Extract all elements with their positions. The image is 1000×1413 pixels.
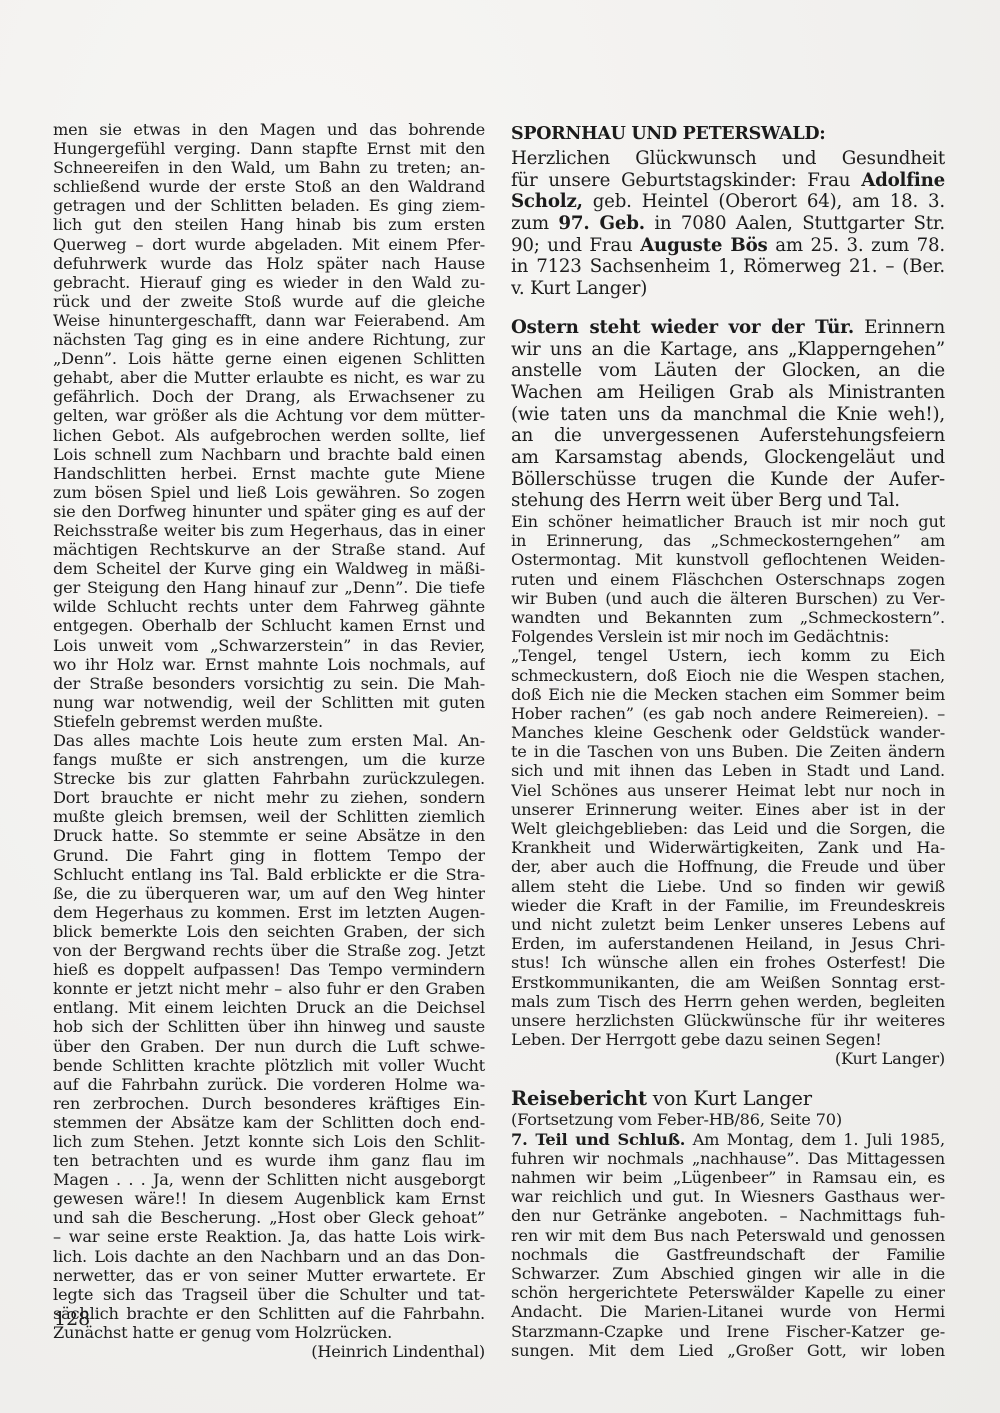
- story-line: Handschlitten herbei. Ernst machte gute …: [53, 464, 485, 483]
- easter-line: te in die Taschen von uns Buben. Die Zei…: [511, 742, 945, 761]
- easter-line: sich und mit ihnen das Leben in Stadt un…: [511, 761, 945, 780]
- travel-line: Schwarzer. Zum Abschied gingen wir alle …: [511, 1264, 945, 1283]
- story-line: men sie etwas in den Magen und das bohre…: [53, 120, 485, 139]
- right-column: SPORNHAU UND PETERSWALD: Herzlichen Glüc…: [511, 120, 945, 1360]
- easter-line: „Tengel, tengel Ustern, iech komm zu Eic…: [511, 646, 945, 665]
- story-line: entlang. Mit einem leichten Druck an die…: [53, 998, 485, 1017]
- story-line: Magen . . . Ja, wenn der Schlitten nicht…: [53, 1170, 485, 1189]
- story-line: Lois schnell zum Nachbarn und brachte ba…: [53, 445, 485, 464]
- story-line: blick bemerkte Lois den seichten Graben,…: [53, 922, 485, 941]
- story-line: – war seine erste Reaktion. Ja, das hatt…: [53, 1227, 485, 1246]
- story-line: Druck hatte. So stemmte er seine Absätze…: [53, 826, 485, 845]
- easter-line: am Karsamstag abends, Glockengeläut und: [511, 447, 945, 469]
- easter-line: Manches kleine Geschenk oder Geldstück w…: [511, 723, 945, 742]
- story-line: sächlich brachte er den Schlitten auf di…: [53, 1304, 485, 1323]
- easter-line: ruten und einem Fläschchen Osterschnaps …: [511, 570, 945, 589]
- story-line: hob sich der Schlitten über ihn hinweg u…: [53, 1017, 485, 1036]
- travel-report: Reisebericht von Kurt Langer (Fortsetzun…: [511, 1088, 945, 1359]
- easter-line: doß Eich nie die Mecken stachen eim Somm…: [511, 685, 945, 704]
- birthday-notice: Herzlichen Glückwunsch und Gesundheitfür…: [511, 148, 945, 300]
- easter-line: unsere herzlichsten Glückwünsche für ihr…: [511, 1011, 945, 1030]
- story-line: wilde Schlucht rechts unter dem Fahrweg …: [53, 597, 485, 616]
- birthday-line: für unsere Geburtstagskinder: Frau Adolf…: [511, 170, 945, 192]
- story-line: fangs mußte er sich anstrengen, um die k…: [53, 750, 485, 769]
- story-line: legte sich das Tragseil über die Schulte…: [53, 1285, 485, 1304]
- easter-line: an die unvergessenen Auferstehungsfeiern: [511, 425, 945, 447]
- easter-line: (wie taten uns da manchmal die Knie weh!…: [511, 404, 945, 426]
- birthday-line: in 7123 Sachsenheim 1, Römerweg 21. – (B…: [511, 256, 945, 278]
- story-line: nerwetter, das er von seiner Mutter erwa…: [53, 1266, 485, 1285]
- story-line: stemmen der Absätze kam der Schlitten do…: [53, 1113, 485, 1132]
- left-column-story: men sie etwas in den Magen und das bohre…: [53, 120, 485, 1361]
- story-line: rück und der zweite Stoß wurde auf die g…: [53, 292, 485, 311]
- story-line: getragen und der Schlitten beladen. Es g…: [53, 196, 485, 215]
- story-line: ren zerbrochen. Durch besonderes kräftig…: [53, 1094, 485, 1113]
- story-line: gelten, war größer als die Achtung vor d…: [53, 406, 485, 425]
- travel-line: war reichlich und gut. In Wiesners Gasth…: [511, 1187, 945, 1206]
- story-line: Querweg – dort wurde abgeladen. Mit eine…: [53, 235, 485, 254]
- section-heading-spornhau: SPORNHAU UND PETERSWALD:: [511, 120, 945, 148]
- travel-line: den nur Getränke angeboten. – Nachmittag…: [511, 1206, 945, 1225]
- story-line: Weise hinuntergeschafft, dann war Feiera…: [53, 311, 485, 330]
- story-line: wo ihr Holz war. Ernst mahnte Lois nochm…: [53, 655, 485, 674]
- story-line: hieß es doppelt aufpassen! Das Tempo ver…: [53, 960, 485, 979]
- easter-line: Erden, im auferstandenen Heiland, in Jes…: [511, 934, 945, 953]
- story-line: nächsten Tag ging es in eine andere Rich…: [53, 330, 485, 349]
- easter-line: Krankheit und Widerwärtigkeiten, Zank un…: [511, 838, 945, 857]
- story-line: zum bösen Spiel und ließ Lois gewähren. …: [53, 483, 485, 502]
- story-line: schließend wurde der erste Stoß an den W…: [53, 177, 485, 196]
- story-line: mächtigen Rechtskurve an der Straße stan…: [53, 540, 485, 559]
- easter-line: Ostermontag. Mit kunstvoll geflochtenen …: [511, 550, 945, 569]
- story-line: gehabt, aber die Mutter erlaubte es nich…: [53, 368, 485, 387]
- easter-line: Welt gleichgeblieben: das Leid und die S…: [511, 819, 945, 838]
- story-line: Stiefeln gebremst werden mußte.: [53, 712, 485, 731]
- story-line: Hungergefühl verging. Dann stapfte Ernst…: [53, 139, 485, 158]
- story-line: sie den Dorfweg hinunter und später ging…: [53, 502, 485, 521]
- story-line: Reichsstraße weiter bis zum Hegerhaus, d…: [53, 521, 485, 540]
- easter-line: Ein schöner heimatlicher Brauch ist mir …: [511, 512, 945, 531]
- story-line: gebracht. Hierauf ging es wieder in den …: [53, 273, 485, 292]
- easter-line: mals zum Tisch des Herrn gehen werden, b…: [511, 992, 945, 1011]
- easter-line: wir Buben (und auch die älteren Burschen…: [511, 589, 945, 608]
- story-line: lich gut den steilen Hang hinab bis zum …: [53, 215, 485, 234]
- travel-line: ren wir mit dem Bus nach Peterswald und …: [511, 1226, 945, 1245]
- story-line: Grund. Die Fahrt ging in flottem Tempo d…: [53, 846, 485, 865]
- easter-line: anstelle vom Läuten der Glocken, an die: [511, 360, 945, 382]
- story-line: Das alles machte Lois heute zum ersten M…: [53, 731, 485, 750]
- story-line: bende Schlitten krachte plötzlich mit vo…: [53, 1056, 485, 1075]
- easter-line: Erstkommunikanten, die am Weißen Sonntag…: [511, 973, 945, 992]
- story-line: entgegen. Oberhalb der Schlucht kamen Er…: [53, 616, 485, 635]
- easter-line: Böllerschüsse trugen die Kunde der Aufer…: [511, 469, 945, 491]
- story-line: defuhrwerk wurde das Holz später nach Ha…: [53, 254, 485, 273]
- easter-line: allem steht die Liebe. Und so finden wir…: [511, 877, 945, 896]
- easter-line: und nicht zuletzt beim Lenker unseres Le…: [511, 915, 945, 934]
- story-line: lich zum Stehen. Jetzt konnte sich Lois …: [53, 1132, 485, 1151]
- story-line: Schneereifen in den Wald, um Bahn zu tre…: [53, 158, 485, 177]
- easter-author: (Kurt Langer): [511, 1049, 945, 1068]
- story-line: Lois unweit vom „Schwarzerstein” in das …: [53, 636, 485, 655]
- easter-line: stus! Ich wünsche allen ein frohes Oster…: [511, 953, 945, 972]
- travel-report-subtitle: (Fortsetzung vom Feber-HB/86, Seite 70): [511, 1110, 945, 1129]
- easter-line: Folgendes Verslein ist mir noch im Gedäc…: [511, 627, 945, 646]
- easter-line: in Erinnerung, das „Schmeckosterngehen” …: [511, 531, 945, 550]
- birthday-line: 90; und Frau Auguste Bös am 25. 3. zum 7…: [511, 235, 945, 257]
- easter-line: Viel Schönes aus unserer Heimat lebt nur…: [511, 781, 945, 800]
- story-line: mußte gleich bremsen, weil der Schlitten…: [53, 807, 485, 826]
- easter-line: wieder die Kraft in der Familie, im Freu…: [511, 896, 945, 915]
- easter-line: Hober rachen” (es gab noch andere Reimer…: [511, 704, 945, 723]
- easter-lead: Ostern steht wieder vor der Tür.: [511, 317, 854, 338]
- easter-line: der, aber auch die Hoffnung, die Freude …: [511, 857, 945, 876]
- birthday-line: v. Kurt Langer): [511, 278, 945, 300]
- travel-line: nahmen wir beim „Lügenbeer” in Ramsau ei…: [511, 1168, 945, 1187]
- story-line: und sah die Bescherung. „Host ober Gleck…: [53, 1208, 485, 1227]
- easter-line: Wachen am Heiligen Grab als Ministranten: [511, 382, 945, 404]
- story-line: ße, die zu überqueren war, um auf den We…: [53, 884, 485, 903]
- travel-line: schön hergerichtete Peterswälder Kapelle…: [511, 1283, 945, 1302]
- birthday-line: zum 97. Geb. in 7080 Aalen, Stuttgarter …: [511, 213, 945, 235]
- story-line: ten betrachten und es wurde ihm ganz fla…: [53, 1151, 485, 1170]
- easter-line: wandten und Bekannten zum „Schmeckostern…: [511, 608, 945, 627]
- easter-line: wir uns an die Kartage, ans „Klapperngeh…: [511, 339, 945, 361]
- story-line: „Denn”. Lois hätte gerne einen eigenen S…: [53, 349, 485, 368]
- birthday-line: Herzlichen Glückwunsch und Gesundheit: [511, 148, 945, 170]
- page-number: 128: [54, 1308, 90, 1330]
- easter-line: Leben. Der Herrgott gebe dazu seinen Seg…: [511, 1030, 945, 1049]
- story-line: gewesen wäre!! In diesem Augenblick kam …: [53, 1189, 485, 1208]
- travel-line: nochmals die Gastfreundschaft der Famili…: [511, 1245, 945, 1264]
- story-line: über den Graben. Der nun durch die Luft …: [53, 1037, 485, 1056]
- travel-line: sungen. Mit dem Lied „Großer Gott, wir l…: [511, 1341, 945, 1360]
- magazine-page: men sie etwas in den Magen und das bohre…: [0, 0, 1000, 1413]
- story-line: Dort brauchte er nicht mehr zu ziehen, s…: [53, 788, 485, 807]
- easter-article-continued: Ein schöner heimatlicher Brauch ist mir …: [511, 512, 945, 1049]
- easter-article: Ostern steht wieder vor der Tür. Erinner…: [511, 317, 945, 512]
- story-line: von der Bergwand rechts über die Straße …: [53, 941, 485, 960]
- travel-report-title: Reisebericht von Kurt Langer: [511, 1088, 945, 1110]
- birthday-line: Scholz, geb. Heintel (Oberort 64), am 18…: [511, 191, 945, 213]
- story-line: Schlucht entlang ins Tal. Bald erblickte…: [53, 865, 485, 884]
- travel-line: Starzmann-Czapke und Irene Fischer-Katze…: [511, 1322, 945, 1341]
- travel-report-lead-line: 7. Teil und Schluß. Am Montag, dem 1. Ju…: [511, 1130, 945, 1149]
- story-line: lich. Lois dachte an den Nachbarn und an…: [53, 1247, 485, 1266]
- story-line: gefährlich. Doch der Drang, als Erwachse…: [53, 387, 485, 406]
- story-line: konnte er jetzt nicht mehr – also fuhr e…: [53, 979, 485, 998]
- story-line: nung war notwendig, weil der Schlitten m…: [53, 693, 485, 712]
- easter-line: unserer Erinnerung weiter. Eines aber is…: [511, 800, 945, 819]
- story-line: dem Scheitel der Kurve ging ein Waldweg …: [53, 559, 485, 578]
- story-line: Zunächst hatte er genug vom Holzrücken.: [53, 1323, 485, 1342]
- story-line: der Straße besonders vorsichtig zu sein.…: [53, 674, 485, 693]
- travel-line: fuhren wir nochmals „nachhause”. Das Mit…: [511, 1149, 945, 1168]
- easter-lead-line: Ostern steht wieder vor der Tür. Erinner…: [511, 317, 945, 339]
- story-line: Strecke bis zur glatten Fahrbahn zurückz…: [53, 769, 485, 788]
- travel-line: Andacht. Die Marien-Litanei wurde von He…: [511, 1302, 945, 1321]
- story-line: auf die Fahrbahn zurück. Die vorderen Ho…: [53, 1075, 485, 1094]
- story-author: (Heinrich Lindenthal): [53, 1342, 485, 1361]
- story-line: ger Steigung den Hang hinauf zur „Denn”.…: [53, 578, 485, 597]
- story-line: lichen Gebot. Als aufgebrochen werden so…: [53, 426, 485, 445]
- story-line: dem Hegerhaus zu kommen. Erst im letzten…: [53, 903, 485, 922]
- easter-line: schmeckustern, doß Eioch nie die Wespen …: [511, 666, 945, 685]
- easter-line: stehung des Herrn weit über Berg und Tal…: [511, 490, 945, 512]
